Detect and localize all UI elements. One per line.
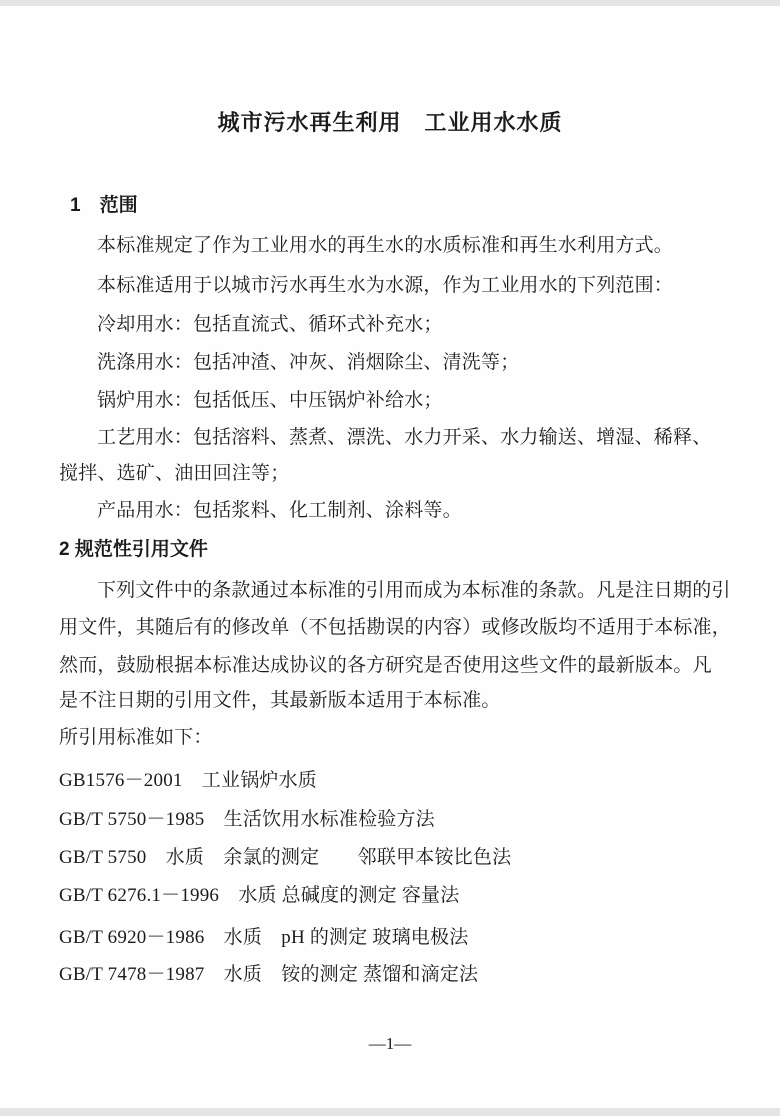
reference-standard: GB/T 6920－1986 水质 pH 的测定 玻璃电极法 <box>59 925 468 951</box>
document-title: 城市污水再生利用 工业用水水质 <box>0 108 780 138</box>
paragraph-line: 本标准适用于以城市污水再生水为水源，作为工业用水的下列范围： <box>97 273 673 299</box>
page-bottom-edge <box>0 1108 780 1116</box>
section-2-heading: 2 规范性引用文件 <box>59 537 208 563</box>
list-item-product-water: 产品用水：包括浆料、化工制剂、涂料等。 <box>97 498 462 524</box>
document-page: 城市污水再生利用 工业用水水质 1 范围 本标准规定了作为工业用水的再生水的水质… <box>0 0 780 1116</box>
paragraph-line: 用文件，其随后有的修改单（不包括勘误的内容）或修改版均不适用于本标准， <box>59 615 731 641</box>
list-item-process-water: 工艺用水：包括溶料、蒸煮、漂洗、水力开采、水力输送、增湿、稀释、 <box>97 425 711 451</box>
reference-standard: GB/T 6276.1－1996 水质 总碱度的测定 容量法 <box>59 883 459 909</box>
page-number: —1— <box>0 1032 780 1056</box>
reference-standard: GB/T 7478－1987 水质 铵的测定 蒸馏和滴定法 <box>59 962 478 988</box>
list-item-process-water-continued: 搅拌、选矿、油田回注等； <box>59 461 289 487</box>
list-item-washing-water: 洗涤用水：包括冲渣、冲灰、消烟除尘、清洗等； <box>97 350 519 376</box>
reference-standard: GB/T 5750－1985 生活饮用水标准检验方法 <box>59 807 435 833</box>
paragraph-line: 下列文件中的条款通过本标准的引用而成为本标准的条款。凡是注日期的引 <box>97 578 731 604</box>
paragraph-line: 本标准规定了作为工业用水的再生水的水质标准和再生水利用方式。 <box>97 233 673 259</box>
paragraph-line: 是不注日期的引用文件，其最新版本适用于本标准。 <box>59 688 501 714</box>
list-item-cooling-water: 冷却用水：包括直流式、循环式补充水； <box>97 312 443 338</box>
reference-standard: GB/T 5750 水质 余氯的测定 邻联甲本铵比色法 <box>59 845 511 871</box>
paragraph-line: 然而，鼓励根据本标准达成协议的各方研究是否使用这些文件的最新版本。凡 <box>59 653 712 679</box>
paragraph-line: 所引用标准如下： <box>59 725 213 751</box>
section-1-heading: 1 范围 <box>70 193 138 219</box>
reference-standard: GB1576－2001 工业锅炉水质 <box>59 768 317 794</box>
list-item-boiler-water: 锅炉用水：包括低压、中压锅炉补给水； <box>97 388 443 414</box>
page-top-edge <box>0 0 780 6</box>
